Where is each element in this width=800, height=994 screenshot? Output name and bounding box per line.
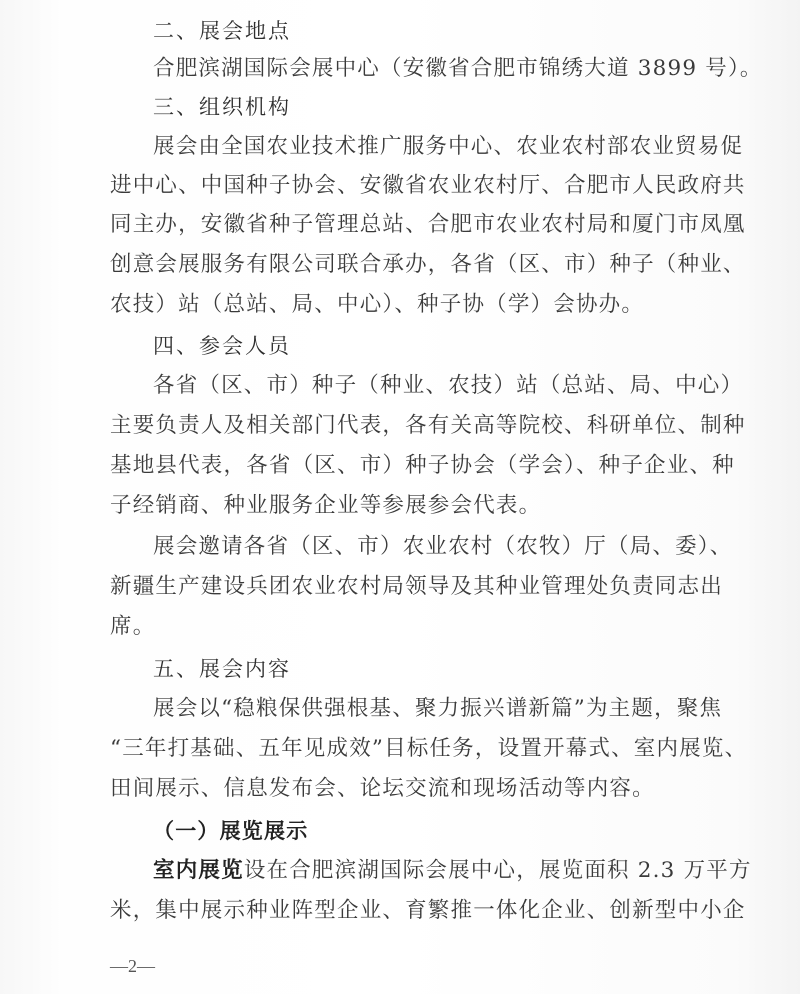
page-number: —2—	[110, 955, 155, 977]
invitees-line-1: 展会邀请各省（区、市）农业农村（农牧）厅（局、委）、	[153, 528, 753, 566]
organizers-line-3: 同主办，安徽省种子管理总站、合肥市农业农村局和厦门市凤凰	[110, 206, 710, 244]
exhibition-line-1: 室内展览设在合肥滨湖国际会展中心，展览面积 2.3 万平方	[153, 852, 753, 890]
attendees-line-2: 主要负责人及相关部门代表，各有关高等院校、科研单位、制种	[110, 407, 710, 445]
content-line-1: 展会以“稳粮保供强根基、聚力振兴谱新篇”为主题，聚焦	[153, 690, 753, 728]
subsection-heading-exhibition: （一）展览展示	[153, 812, 753, 850]
section-heading-attendees: 四、参会人员	[153, 327, 753, 365]
content-line-3: 田间展示、信息发布会、论坛交流和现场活动等内容。	[110, 770, 710, 808]
organizers-line-2: 进中心、中国种子协会、安徽省农业农村厅、合肥市人民政府共	[110, 167, 710, 205]
organizers-line-5: 农技）站（总站、局、中心）、种子协（学）会协办。	[110, 286, 710, 324]
attendees-line-3: 基地县代表，各省（区、市）种子协会（学会）、种子企业、种	[110, 447, 710, 485]
attendees-line-1: 各省（区、市）种子（种业、农技）站（总站、局、中心）	[153, 367, 753, 405]
attendees-line-4: 子经销商、种业服务企业等参展参会代表。	[110, 487, 710, 525]
invitees-line-3: 席。	[110, 608, 710, 646]
organizers-line-4: 创意会展服务有限公司联合承办，各省（区、市）种子（种业、	[110, 246, 710, 284]
section-heading-venue: 二、展会地点	[153, 12, 753, 50]
section-heading-organizers: 三、组织机构	[153, 88, 753, 126]
document-page: 二、展会地点 合肥滨湖国际会展中心（安徽省合肥市锦绣大道 3899 号）。 三、…	[0, 0, 800, 994]
exhibition-line-1-rest: 设在合肥滨湖国际会展中心，展览面积 2.3 万平方	[244, 858, 752, 883]
exhibition-bold-lead: 室内展览	[153, 858, 244, 883]
organizers-line-1: 展会由全国农业技术推广服务中心、农业农村部农业贸易促	[153, 128, 753, 166]
exhibition-line-2: 米，集中展示种业阵型企业、育繁推一体化企业、创新型中小企	[110, 892, 710, 930]
content-line-2: “三年打基础、五年见成效”目标任务，设置开幕式、室内展览、	[110, 730, 710, 768]
invitees-line-2: 新疆生产建设兵团农业农村局领导及其种业管理处负责同志出	[110, 568, 710, 606]
venue-text: 合肥滨湖国际会展中心（安徽省合肥市锦绣大道 3899 号）。	[153, 50, 753, 88]
section-heading-content: 五、展会内容	[153, 650, 753, 688]
